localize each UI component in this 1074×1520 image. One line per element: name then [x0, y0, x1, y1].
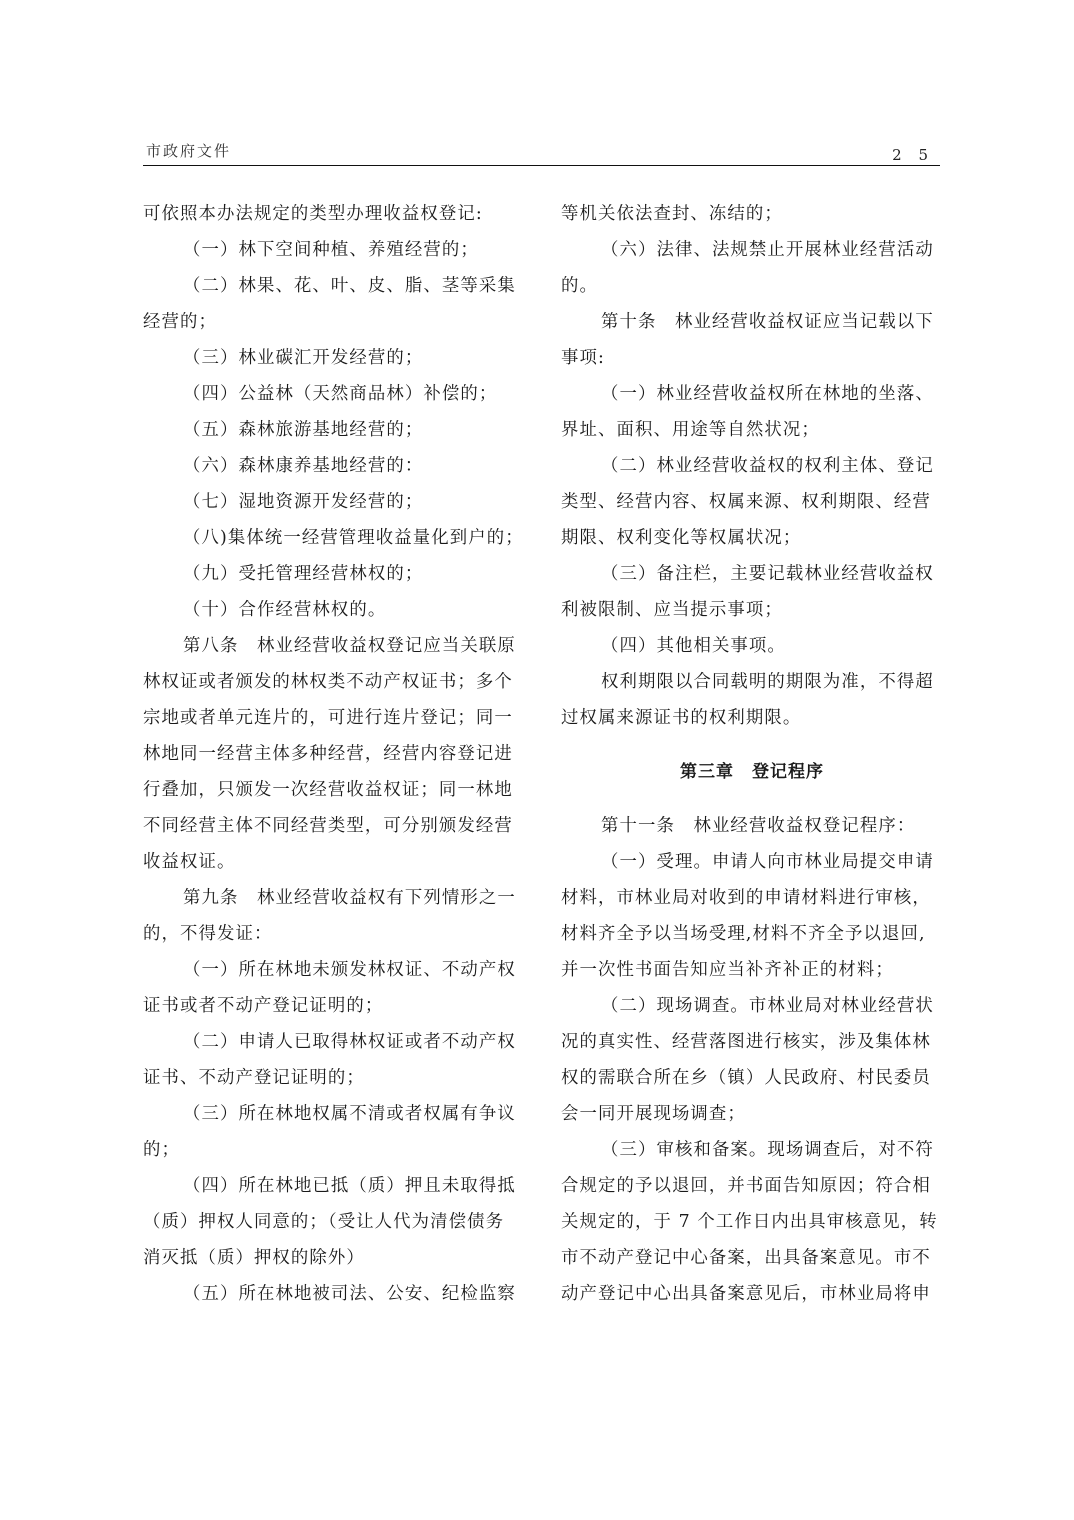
text-line: （一）林业经营收益权所在林地的坐落、	[561, 376, 943, 412]
text-line: （九）受托管理经营林权的；	[143, 556, 525, 592]
text-line: （一）所在林地未颁发林权证、不动产权	[143, 952, 525, 988]
text-line: 市不动产登记中心备案，出具备案意见。市不	[561, 1240, 943, 1276]
text-line: 第八条 林业经营收益权登记应当关联原	[143, 628, 525, 664]
text-line: 期限、权利变化等权属状况；	[561, 520, 943, 556]
text-line: 林地同一经营主体多种经营，经营内容登记进	[143, 736, 525, 772]
text-line: （四）所在林地已抵（质）押且未取得抵	[143, 1168, 525, 1204]
text-line: 行叠加，只颁发一次经营收益权证；同一林地	[143, 772, 525, 808]
left-column: 可依照本办法规定的类型办理收益权登记:（一）林下空间种植、养殖经营的；（二）林果…	[143, 196, 525, 1312]
text-line: （七）湿地资源开发经营的；	[143, 484, 525, 520]
spacer	[561, 736, 943, 754]
text-line: （十）合作经营林权的。	[143, 592, 525, 628]
text-line: （八)集体统一经营管理收益量化到户的；	[143, 520, 525, 556]
text-line: 材料齐全予以当场受理,材料不齐全予以退回,	[561, 916, 943, 952]
text-line: 类型、经营内容、权属来源、权利期限、经营	[561, 484, 943, 520]
text-line: （三）审核和备案。现场调查后，对不符	[561, 1132, 943, 1168]
text-line: 证书或者不动产登记证明的；	[143, 988, 525, 1024]
text-line: 会一同开展现场调查；	[561, 1096, 943, 1132]
text-line: （六）法律、法规禁止开展林业经营活动	[561, 232, 943, 268]
text-line: （五）所在林地被司法、公安、纪检监察	[143, 1276, 525, 1312]
text-line: （二）林果、花、叶、皮、脂、茎等采集	[143, 268, 525, 304]
text-line: （三）所在林地权属不清或者权属有争议	[143, 1096, 525, 1132]
text-line: 界址、面积、用途等自然状况；	[561, 412, 943, 448]
text-line: 第九条 林业经营收益权有下列情形之一	[143, 880, 525, 916]
text-line: 的，不得发证：	[143, 916, 525, 952]
right-column-text-after-heading: 第十一条 林业经营收益权登记程序：（一）受理。申请人向市林业局提交申请材料，市林…	[561, 808, 943, 1312]
header-title: 市政府文件	[146, 140, 231, 161]
text-line: 过权属来源证书的权利期限。	[561, 700, 943, 736]
text-line: 的。	[561, 268, 943, 304]
text-line: 并一次性书面告知应当补齐补正的材料；	[561, 952, 943, 988]
text-line: 事项:	[561, 340, 943, 376]
text-line: 林权证或者颁发的林权类不动产权证书；多个	[143, 664, 525, 700]
text-line: 关规定的，于 7 个工作日内出具审核意见，转	[561, 1204, 943, 1240]
right-column-text-before-heading: 等机关依法查封、冻结的；（六）法律、法规禁止开展林业经营活动的。第十条 林业经营…	[561, 196, 943, 736]
text-line: （三）备注栏，主要记载林业经营收益权	[561, 556, 943, 592]
text-line: 利被限制、应当提示事项；	[561, 592, 943, 628]
text-line: 证书、不动产登记证明的；	[143, 1060, 525, 1096]
text-line: （二）申请人已取得林权证或者不动产权	[143, 1024, 525, 1060]
text-line: （四）其他相关事项。	[561, 628, 943, 664]
text-line: （五）森林旅游基地经营的；	[143, 412, 525, 448]
right-column: 等机关依法查封、冻结的；（六）法律、法规禁止开展林业经营活动的。第十条 林业经营…	[561, 196, 943, 1312]
text-line: 消灭抵（质）押权的除外）	[143, 1240, 525, 1276]
text-line: 第十条 林业经营收益权证应当记载以下	[561, 304, 943, 340]
text-line: 的；	[143, 1132, 525, 1168]
text-line: （一）受理。申请人向市林业局提交申请	[561, 844, 943, 880]
text-line: 况的真实性、经营落图进行核实，涉及集体林	[561, 1024, 943, 1060]
chapter-heading: 第三章 登记程序	[561, 754, 943, 790]
text-line: 收益权证。	[143, 844, 525, 880]
text-line: 等机关依法查封、冻结的；	[561, 196, 943, 232]
page-header: 市政府文件 2 5	[143, 138, 940, 166]
text-line: 权的需联合所在乡（镇）人民政府、村民委员	[561, 1060, 943, 1096]
text-line: 不同经营主体不同经营类型，可分别颁发经营	[143, 808, 525, 844]
text-line: （二）现场调查。市林业局对林业经营状	[561, 988, 943, 1024]
text-line: （二）林业经营收益权的权利主体、登记	[561, 448, 943, 484]
text-line: 经营的；	[143, 304, 525, 340]
text-line: 权利期限以合同载明的期限为准，不得超	[561, 664, 943, 700]
text-line: 宗地或者单元连片的，可进行连片登记；同一	[143, 700, 525, 736]
text-line: 可依照本办法规定的类型办理收益权登记:	[143, 196, 525, 232]
text-line: 材料，市林业局对收到的申请材料进行审核，	[561, 880, 943, 916]
text-line: （质）押权人同意的；（受让人代为清偿债务	[143, 1204, 525, 1240]
page-number: 2 5	[892, 146, 934, 164]
text-line: （一）林下空间种植、养殖经营的；	[143, 232, 525, 268]
spacer	[561, 790, 943, 808]
text-line: 动产登记中心出具备案意见后，市林业局将申	[561, 1276, 943, 1312]
text-line: 合规定的予以退回，并书面告知原因；符合相	[561, 1168, 943, 1204]
text-line: 第十一条 林业经营收益权登记程序：	[561, 808, 943, 844]
text-line: （三）林业碳汇开发经营的；	[143, 340, 525, 376]
text-line: （四）公益林（天然商品林）补偿的；	[143, 376, 525, 412]
text-line: （六）森林康养基地经营的：	[143, 448, 525, 484]
